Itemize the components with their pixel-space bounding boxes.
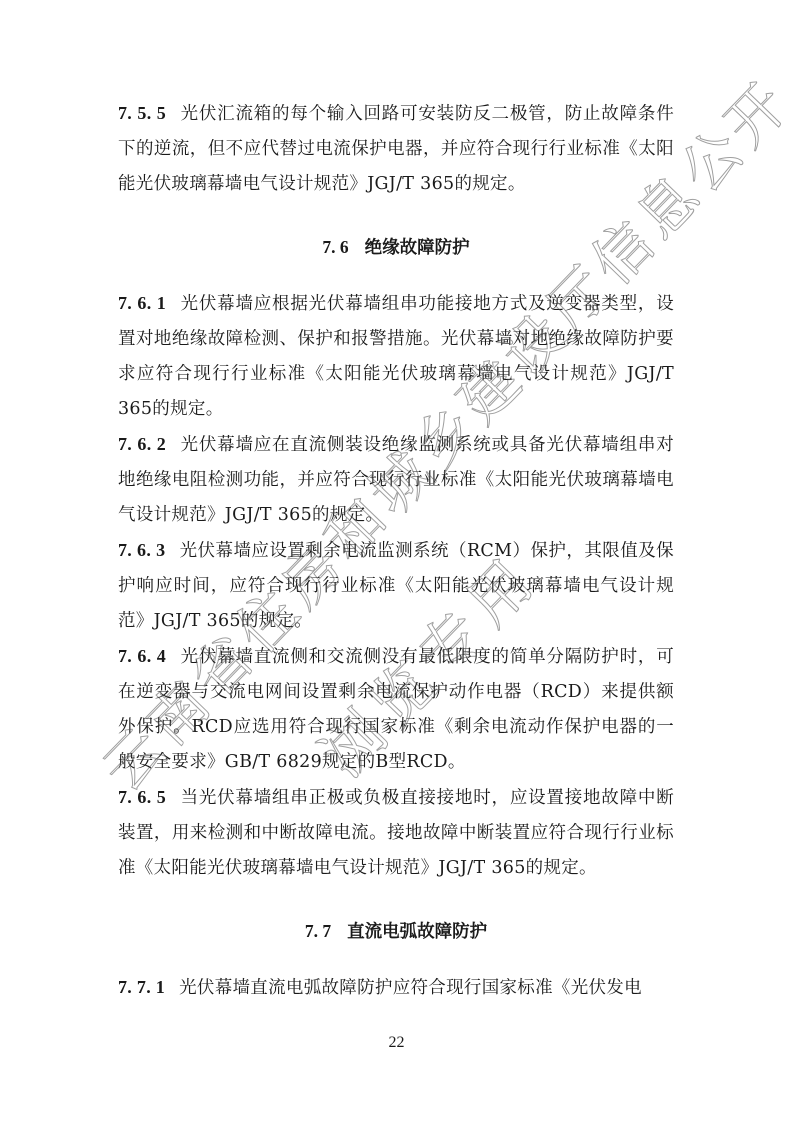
clause-number: 7. 7. 1 xyxy=(118,977,165,997)
page-number: 22 xyxy=(0,1034,793,1052)
section-number: 7. 6 xyxy=(322,237,348,257)
section-number: 7. 7 xyxy=(305,921,331,941)
page-content: 7. 5. 5光伏汇流箱的每个输入回路可安装防反二极管，防止故障条件下的逆流，但… xyxy=(118,96,674,1006)
clause-text: 光伏幕墙直流电弧故障防护应符合现行国家标准《光伏发电 xyxy=(179,978,642,998)
clause-text: 光伏幕墙直流侧和交流侧没有最低限度的简单分隔防护时，可在逆变器与交流电网间设置剩… xyxy=(118,647,674,772)
clause-number: 7. 6. 3 xyxy=(118,540,165,560)
clause-7-5-5: 7. 5. 5光伏汇流箱的每个输入回路可安装防反二极管，防止故障条件下的逆流，但… xyxy=(118,96,674,202)
clause-text: 光伏幕墙应设置剩余电流监测系统（RCM）保护，其限值及保护响应时间，应符合现行行… xyxy=(118,541,674,631)
clause-7-6-2: 7. 6. 2光伏幕墙应在直流侧装设绝缘监测系统或具备光伏幕墙组串对地绝缘电阻检… xyxy=(118,427,674,533)
clause-7-6-5: 7. 6. 5当光伏幕墙组串正极或负极直接接地时，应设置接地故障中断装置，用来检… xyxy=(118,780,674,886)
clause-7-6-4: 7. 6. 4光伏幕墙直流侧和交流侧没有最低限度的简单分隔防护时，可在逆变器与交… xyxy=(118,639,674,780)
clause-number: 7. 6. 5 xyxy=(118,787,166,807)
clause-text: 当光伏幕墙组串正极或负极直接接地时，应设置接地故障中断装置，用来检测和中断故障电… xyxy=(118,788,674,878)
clause-7-7-1: 7. 7. 1光伏幕墙直流电弧故障防护应符合现行国家标准《光伏发电 xyxy=(118,970,674,1006)
clause-text: 光伏汇流箱的每个输入回路可安装防反二极管，防止故障条件下的逆流，但不应代替过电流… xyxy=(118,104,674,194)
clause-number: 7. 6. 1 xyxy=(118,293,166,313)
clause-text: 光伏幕墙应在直流侧装设绝缘监测系统或具备光伏幕墙组串对地绝缘电阻检测功能，并应符… xyxy=(118,435,674,525)
clause-number: 7. 6. 2 xyxy=(118,434,166,454)
clause-text: 光伏幕墙应根据光伏幕墙组串功能接地方式及逆变器类型，设置对地绝缘故障检测、保护和… xyxy=(118,294,674,419)
clause-7-6-1: 7. 6. 1光伏幕墙应根据光伏幕墙组串功能接地方式及逆变器类型，设置对地绝缘故… xyxy=(118,286,674,427)
clause-number: 7. 5. 5 xyxy=(118,103,166,123)
section-title: 绝缘故障防护 xyxy=(365,238,470,258)
section-title: 直流电弧故障防护 xyxy=(347,922,487,942)
clause-7-6-3: 7. 6. 3光伏幕墙应设置剩余电流监测系统（RCM）保护，其限值及保护响应时间… xyxy=(118,533,674,639)
section-heading-7-6: 7. 6绝缘故障防护 xyxy=(118,230,674,266)
document-page: 7. 5. 5光伏汇流箱的每个输入回路可安装防反二极管，防止故障条件下的逆流，但… xyxy=(0,0,793,1122)
section-heading-7-7: 7. 7直流电弧故障防护 xyxy=(118,914,674,950)
clause-number: 7. 6. 4 xyxy=(118,646,166,666)
